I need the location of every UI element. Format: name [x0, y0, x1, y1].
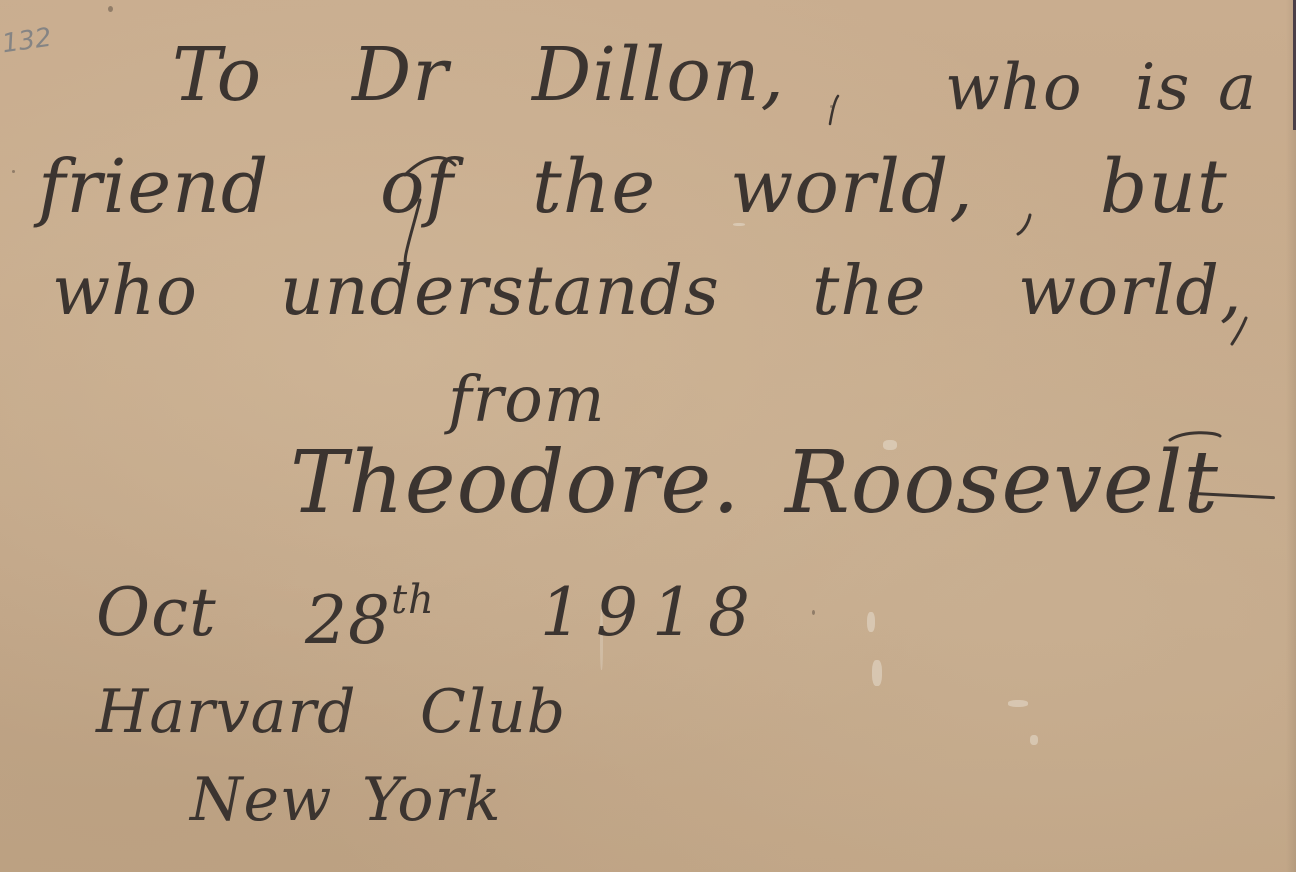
paper-scuff — [1030, 735, 1038, 745]
word: of — [380, 150, 454, 224]
word: To — [172, 38, 262, 112]
word: but — [1100, 150, 1228, 224]
word: understands — [280, 258, 720, 326]
catalog-number-annotation: 132 — [0, 23, 53, 60]
location-word: New — [190, 770, 332, 830]
paper-scuff — [1008, 700, 1028, 707]
word: Dr — [352, 38, 449, 112]
paper-speck — [830, 105, 833, 108]
location-word: Club — [420, 682, 566, 742]
date-day: 28th — [305, 580, 435, 654]
date-month: Oct — [96, 580, 217, 646]
word: the — [812, 258, 926, 326]
word: the — [532, 150, 656, 224]
location-word: Harvard — [96, 682, 357, 742]
paper-speck — [12, 170, 15, 173]
location-word: York — [362, 770, 502, 830]
signature-last-name: Roosevelt — [785, 440, 1219, 526]
document-page: 132 To Dr Dillon, who is a friend of the… — [0, 0, 1296, 872]
word: is — [1135, 56, 1190, 120]
paper-speck — [812, 610, 815, 615]
word: world, — [1018, 258, 1243, 326]
signature-first-name: Theodore. — [290, 440, 741, 526]
paper-speck — [108, 6, 113, 12]
date-ordinal-suffix: th — [391, 577, 435, 623]
date-year: 1918 — [540, 580, 764, 646]
word: friend — [38, 150, 269, 224]
word: a — [1218, 56, 1257, 120]
word: who — [945, 56, 1083, 120]
paper-edge-shadow — [1286, 0, 1296, 872]
word: from — [448, 368, 606, 432]
word: Dillon, — [532, 38, 785, 112]
word: who — [52, 258, 198, 326]
paper-scuff — [867, 612, 875, 632]
paper-scuff — [872, 660, 882, 686]
word: world, — [730, 150, 974, 224]
